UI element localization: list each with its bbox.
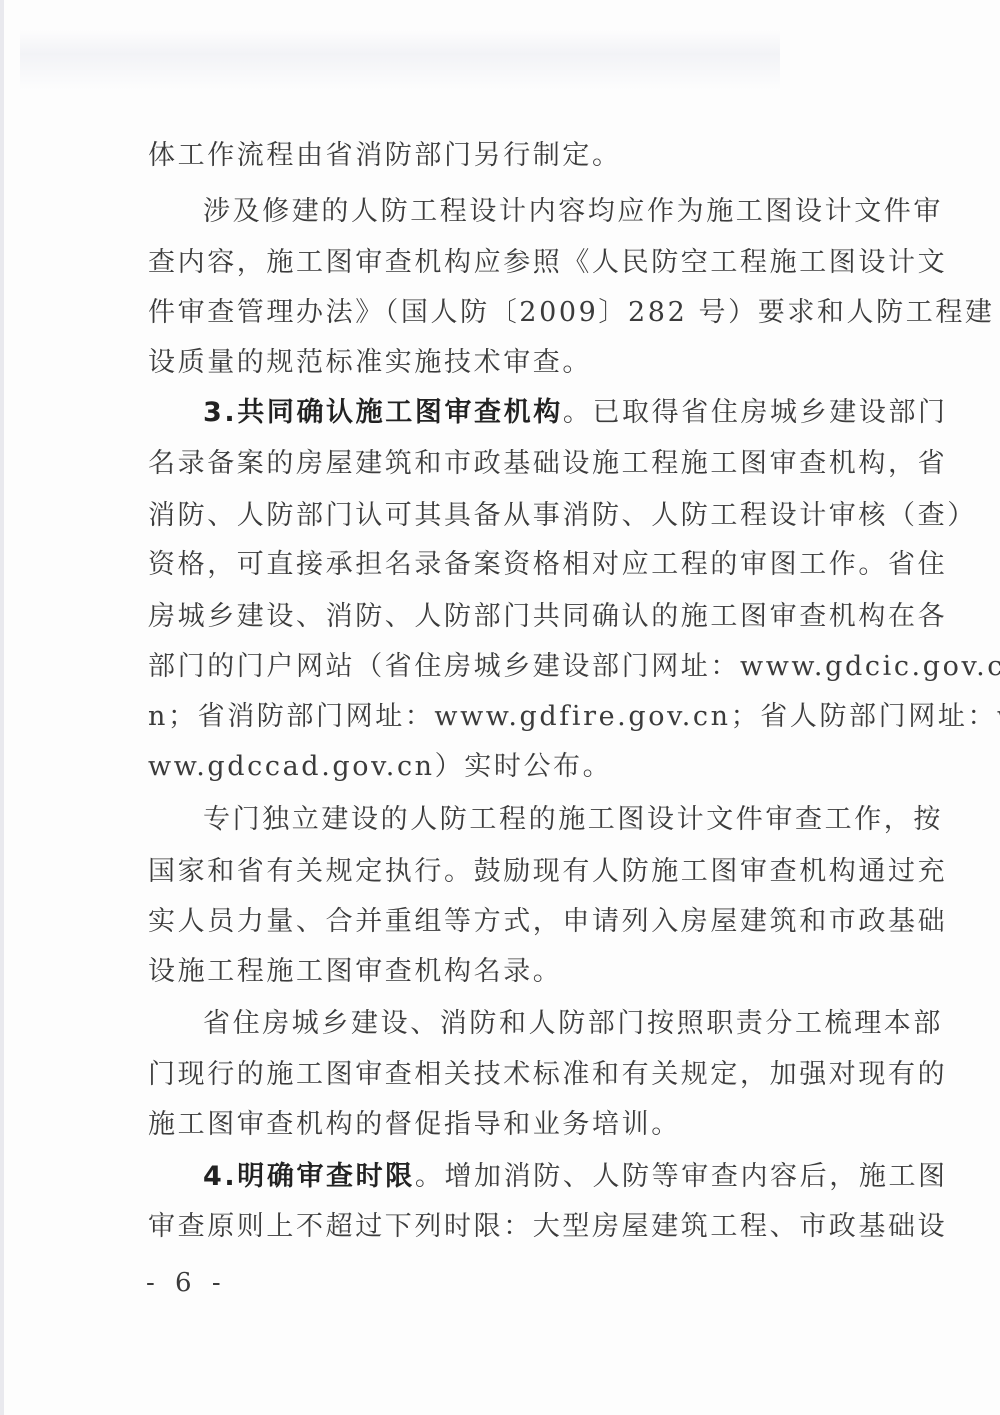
text-line: 房城乡建设、消防、人防部门共同确认的施工图审查机构在各 — [148, 595, 888, 639]
scan-bleed-through — [20, 30, 780, 90]
text-line: 件审查管理办法》（国人防〔2009〕282 号）要求和人防工程建 — [148, 291, 888, 335]
text-line: 消防、人防部门认可其具备从事消防、人防工程设计审核（查） — [148, 494, 888, 538]
text-line: 国家和省有关规定执行。鼓励现有人防施工图审查机构通过充 — [148, 850, 888, 894]
section-heading-line: 4.明确审查时限 。增加消防、人防等审查内容后，施工图 — [203, 1155, 888, 1199]
text-line-with-url: ww.gdccad.gov.cn）实时公布。 — [148, 745, 888, 789]
text-line: 省住房城乡建设、消防和人防部门按照职责分工梳理本部 — [203, 1002, 888, 1046]
page-number: - 6 - — [146, 1268, 227, 1298]
text-line: 设施工程施工图审查机构名录。 — [148, 950, 888, 994]
text-line: 实人员力量、合并重组等方式，申请列入房屋建筑和市政基础 — [148, 900, 888, 944]
text-line: 审查原则上不超过下列时限：大型房屋建筑工程、市政基础设 — [148, 1205, 888, 1249]
section-heading-line: 3.共同确认施工图审查机构 。已取得省住房城乡建设部门 — [203, 391, 888, 435]
scan-edge — [0, 0, 4, 1415]
section-heading-tail: 。已取得省住房城乡建设部门 — [563, 391, 948, 435]
section-heading-tail: 。增加消防、人防等审查内容后，施工图 — [415, 1155, 948, 1199]
document-page: 体工作流程由省消防部门另行制定。 涉及修建的人防工程设计内容均应作为施工图设计文… — [0, 0, 1000, 1415]
text-line: 体工作流程由省消防部门另行制定。 — [148, 134, 888, 178]
text-line: 设质量的规范标准实施技术审查。 — [148, 341, 888, 385]
section-heading: 3.共同确认施工图审查机构 — [203, 391, 563, 435]
text-line: 资格，可直接承担名录备案资格相对应工程的审图工作。省住 — [148, 543, 888, 587]
section-heading: 4.明确审查时限 — [203, 1155, 415, 1199]
text-line: 名录备案的房屋建筑和市政基础设施工程施工图审查机构，省 — [148, 442, 888, 486]
text-line-with-url: 部门的门户网站（省住房城乡建设部门网址：www.gdcic.gov.c — [148, 645, 888, 689]
text-line-with-url: n；省消防部门网址：www.gdfire.gov.cn；省人防部门网址：w — [148, 695, 888, 739]
text-line: 施工图审查机构的督促指导和业务培训。 — [148, 1103, 888, 1147]
text-line: 涉及修建的人防工程设计内容均应作为施工图设计文件审 — [203, 190, 888, 234]
text-line: 专门独立建设的人防工程的施工图设计文件审查工作，按 — [203, 798, 888, 842]
text-line: 门现行的施工图审查相关技术标准和有关规定，加强对现有的 — [148, 1053, 888, 1097]
text-line: 查内容，施工图审查机构应参照《人民防空工程施工图设计文 — [148, 241, 888, 285]
